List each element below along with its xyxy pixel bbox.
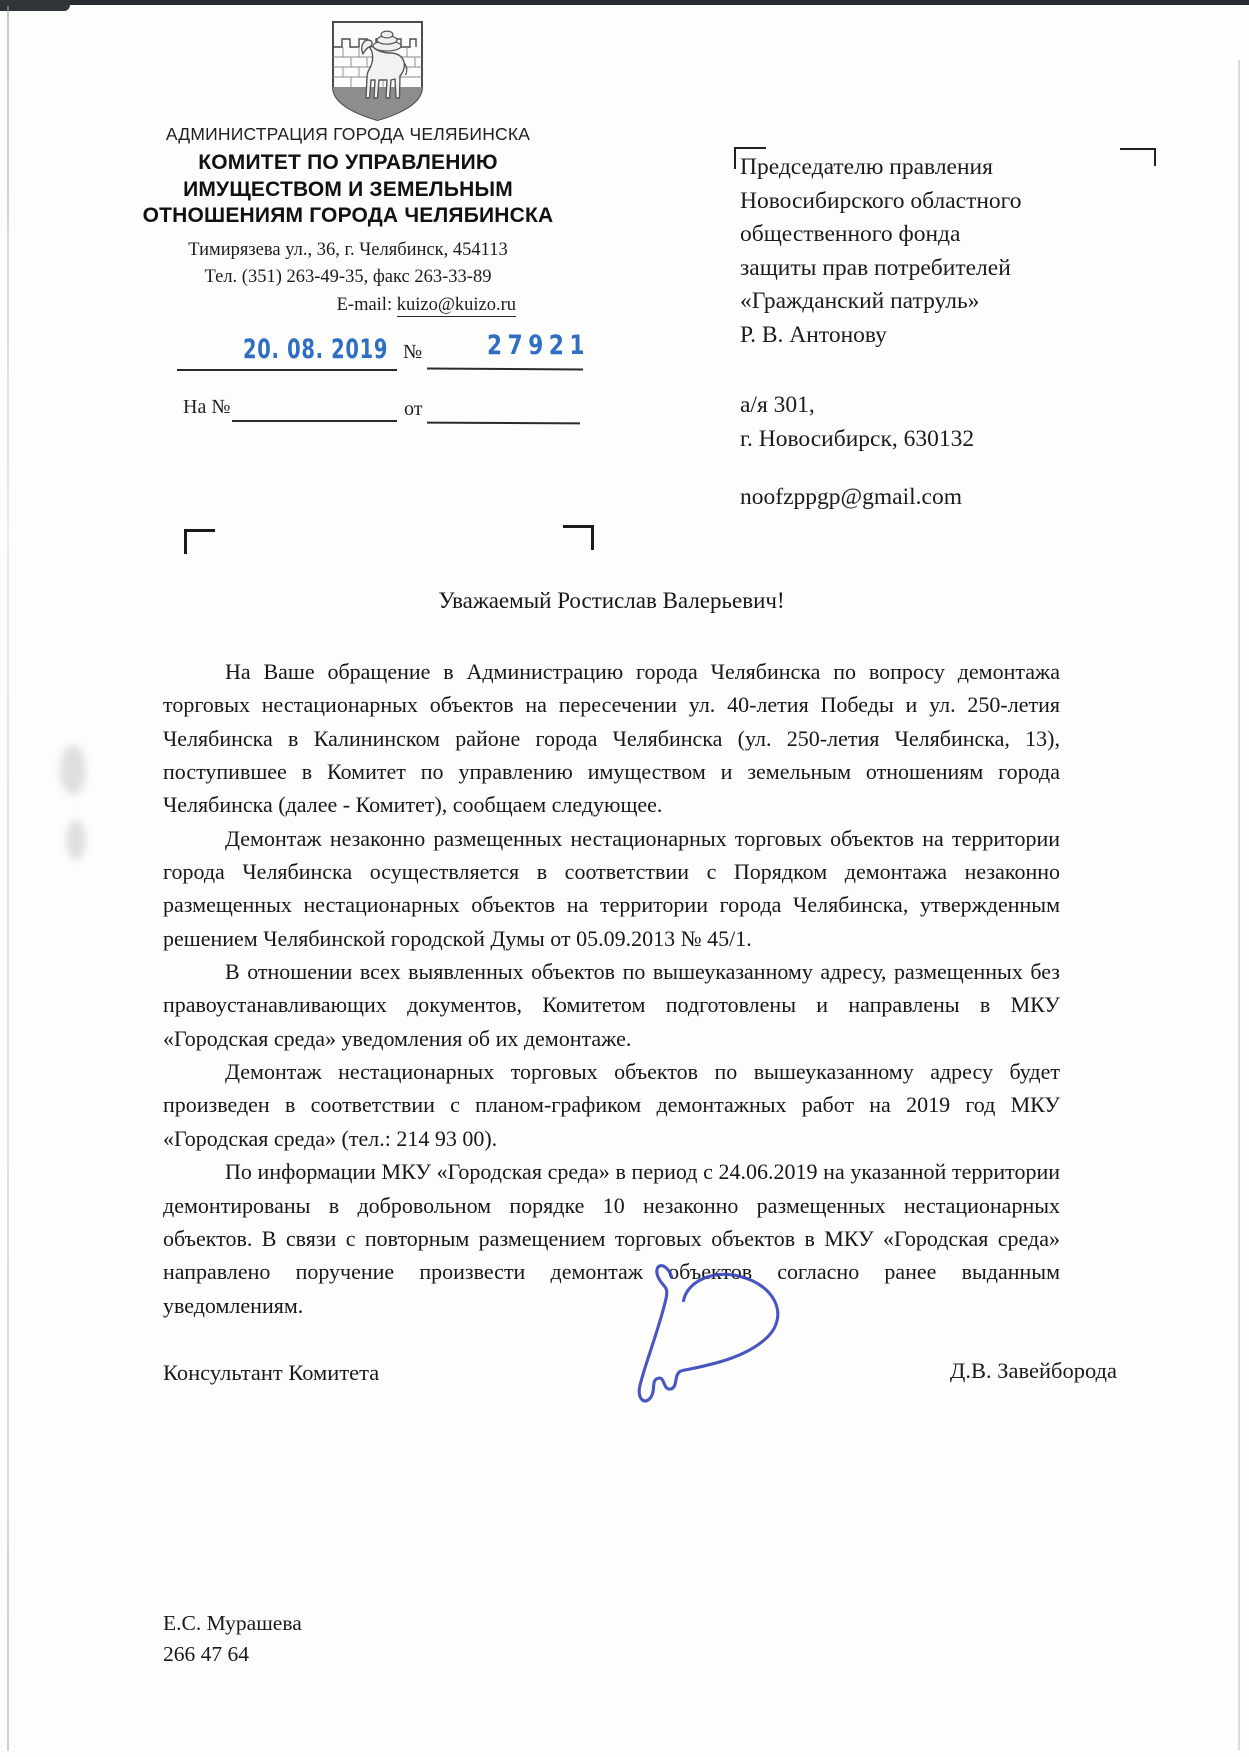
body-paragraph: Демонтаж незаконно размещенных нестацион… bbox=[163, 822, 1060, 955]
registration-number-stamp: 27921 bbox=[487, 330, 590, 361]
recipient-line: Председателю правления bbox=[740, 151, 1080, 185]
letterhead: АДМИНИСТРАЦИЯ ГОРОДА ЧЕЛЯБИНСКА КОМИТЕТ … bbox=[118, 124, 578, 319]
incoming-number-underline bbox=[232, 420, 397, 422]
executor-block: Е.С. Мурашева 266 47 64 bbox=[163, 1608, 302, 1670]
committee-name-line3: ОТНОШЕНИЯМ ГОРОДА ЧЕЛЯБИНСКА bbox=[118, 203, 578, 230]
coat-of-arms-emblem-camel-icon bbox=[329, 19, 426, 125]
scan-edge-top-corner bbox=[0, 0, 70, 11]
letterhead-address: Тимирязева ул., 36, г. Челябинск, 454113 bbox=[118, 237, 578, 265]
signer-name: Д.В. Завейборода bbox=[950, 1358, 1117, 1384]
letterhead-email: kuizo@kuizo.ru bbox=[397, 295, 516, 317]
scan-edge-top bbox=[0, 0, 1249, 5]
scan-edge-right bbox=[1238, 60, 1240, 1750]
recipient-line: Р. В. Антонову bbox=[740, 319, 1080, 353]
executor-name: Е.С. Мурашева bbox=[163, 1608, 302, 1639]
recipient-address-line: а/я 301, bbox=[740, 388, 1080, 422]
body-paragraph: На Ваше обращение в Администрацию города… bbox=[163, 655, 1060, 822]
executor-phone: 266 47 64 bbox=[163, 1639, 302, 1670]
recipient-line: Новосибирского областного bbox=[740, 185, 1080, 219]
recipient-postal-address: а/я 301, г. Новосибирск, 630132 bbox=[740, 388, 1080, 456]
salutation: Уважаемый Ростислав Валерьевич! bbox=[163, 588, 1060, 614]
number-sign-label: № bbox=[403, 341, 422, 364]
recipient-line: общественного фонда bbox=[740, 218, 1080, 252]
recipient-line: «Гражданский патруль» bbox=[740, 285, 1080, 319]
committee-name-line2: ИМУЩЕСТВОМ И ЗЕМЕЛЬНЫМ bbox=[118, 177, 578, 204]
scan-smudge bbox=[60, 745, 86, 795]
recipient-block: Председателю правления Новосибирского об… bbox=[740, 151, 1080, 352]
address-window-corner-bottom-right bbox=[563, 525, 594, 550]
scan-smudge bbox=[66, 820, 86, 860]
body-paragraph: В отношении всех выявленных объектов по … bbox=[163, 955, 1060, 1055]
letterhead-phone: Тел. (351) 263-49-35, факс 263-33-89 bbox=[118, 264, 578, 292]
recipient-email: noofzppgp@gmail.com bbox=[740, 484, 1080, 511]
incoming-from-label: от bbox=[404, 398, 422, 421]
recipient-line: защиты прав потребителей bbox=[740, 252, 1080, 286]
signer-position: Консультант Комитета bbox=[163, 1360, 379, 1386]
committee-name: КОМИТЕТ ПО УПРАВЛЕНИЮ ИМУЩЕСТВОМ И ЗЕМЕЛ… bbox=[118, 150, 578, 230]
recipient-address-line: г. Новосибирск, 630132 bbox=[740, 422, 1080, 456]
address-window-corner-bottom-left bbox=[184, 529, 215, 554]
registration-date-stamp: 20. 08. 2019 bbox=[243, 334, 388, 365]
date-underline bbox=[177, 369, 397, 371]
body-paragraph: Демонтаж нестационарных торговых объекто… bbox=[163, 1055, 1060, 1155]
incoming-from-underline bbox=[427, 422, 580, 425]
scan-edge-left bbox=[7, 6, 9, 1751]
administration-name: АДМИНИСТРАЦИЯ ГОРОДА ЧЕЛЯБИНСКА bbox=[118, 124, 578, 145]
scanned-letter-page: АДМИНИСТРАЦИЯ ГОРОДА ЧЕЛЯБИНСКА КОМИТЕТ … bbox=[0, 0, 1249, 1757]
number-underline bbox=[427, 367, 583, 370]
handwritten-signature-ink bbox=[585, 1256, 815, 1421]
letterhead-email-line: E-mail: kuizo@kuizo.ru bbox=[118, 292, 578, 320]
committee-name-line1: КОМИТЕТ ПО УПРАВЛЕНИЮ bbox=[118, 150, 578, 177]
incoming-number-label: На № bbox=[183, 396, 230, 419]
email-label: E-mail: bbox=[337, 295, 397, 315]
letter-body: На Ваше обращение в Администрацию города… bbox=[163, 655, 1060, 1322]
address-window-corner-top-right bbox=[1120, 148, 1156, 166]
